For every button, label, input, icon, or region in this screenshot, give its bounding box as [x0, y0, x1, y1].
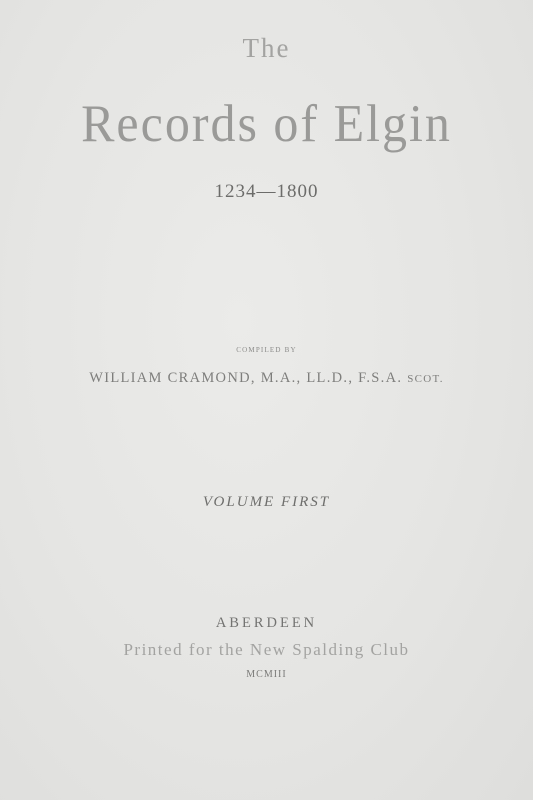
volume-label: VOLUME FIRST	[0, 494, 533, 511]
publication-year: MCMIII	[0, 669, 533, 680]
publication-city: ABERDEEN	[0, 615, 533, 632]
author-line: WILLIAM CRAMOND, M.A., LL.D., F.S.A. Sco…	[0, 370, 533, 387]
title-article: The	[0, 33, 533, 64]
book-title: Records of Elgin	[0, 93, 533, 154]
author-name-credentials: WILLIAM CRAMOND, M.A., LL.D., F.S.A.	[89, 370, 402, 386]
printer-line: Printed for the New Spalding Club	[0, 640, 533, 660]
date-range: 1234—1800	[0, 181, 533, 203]
book-title-page: The Records of Elgin 1234—1800 COMPILED …	[0, 0, 533, 800]
author-credential-suffix: Scot.	[407, 373, 444, 385]
compiled-by-label: COMPILED BY	[0, 346, 533, 354]
